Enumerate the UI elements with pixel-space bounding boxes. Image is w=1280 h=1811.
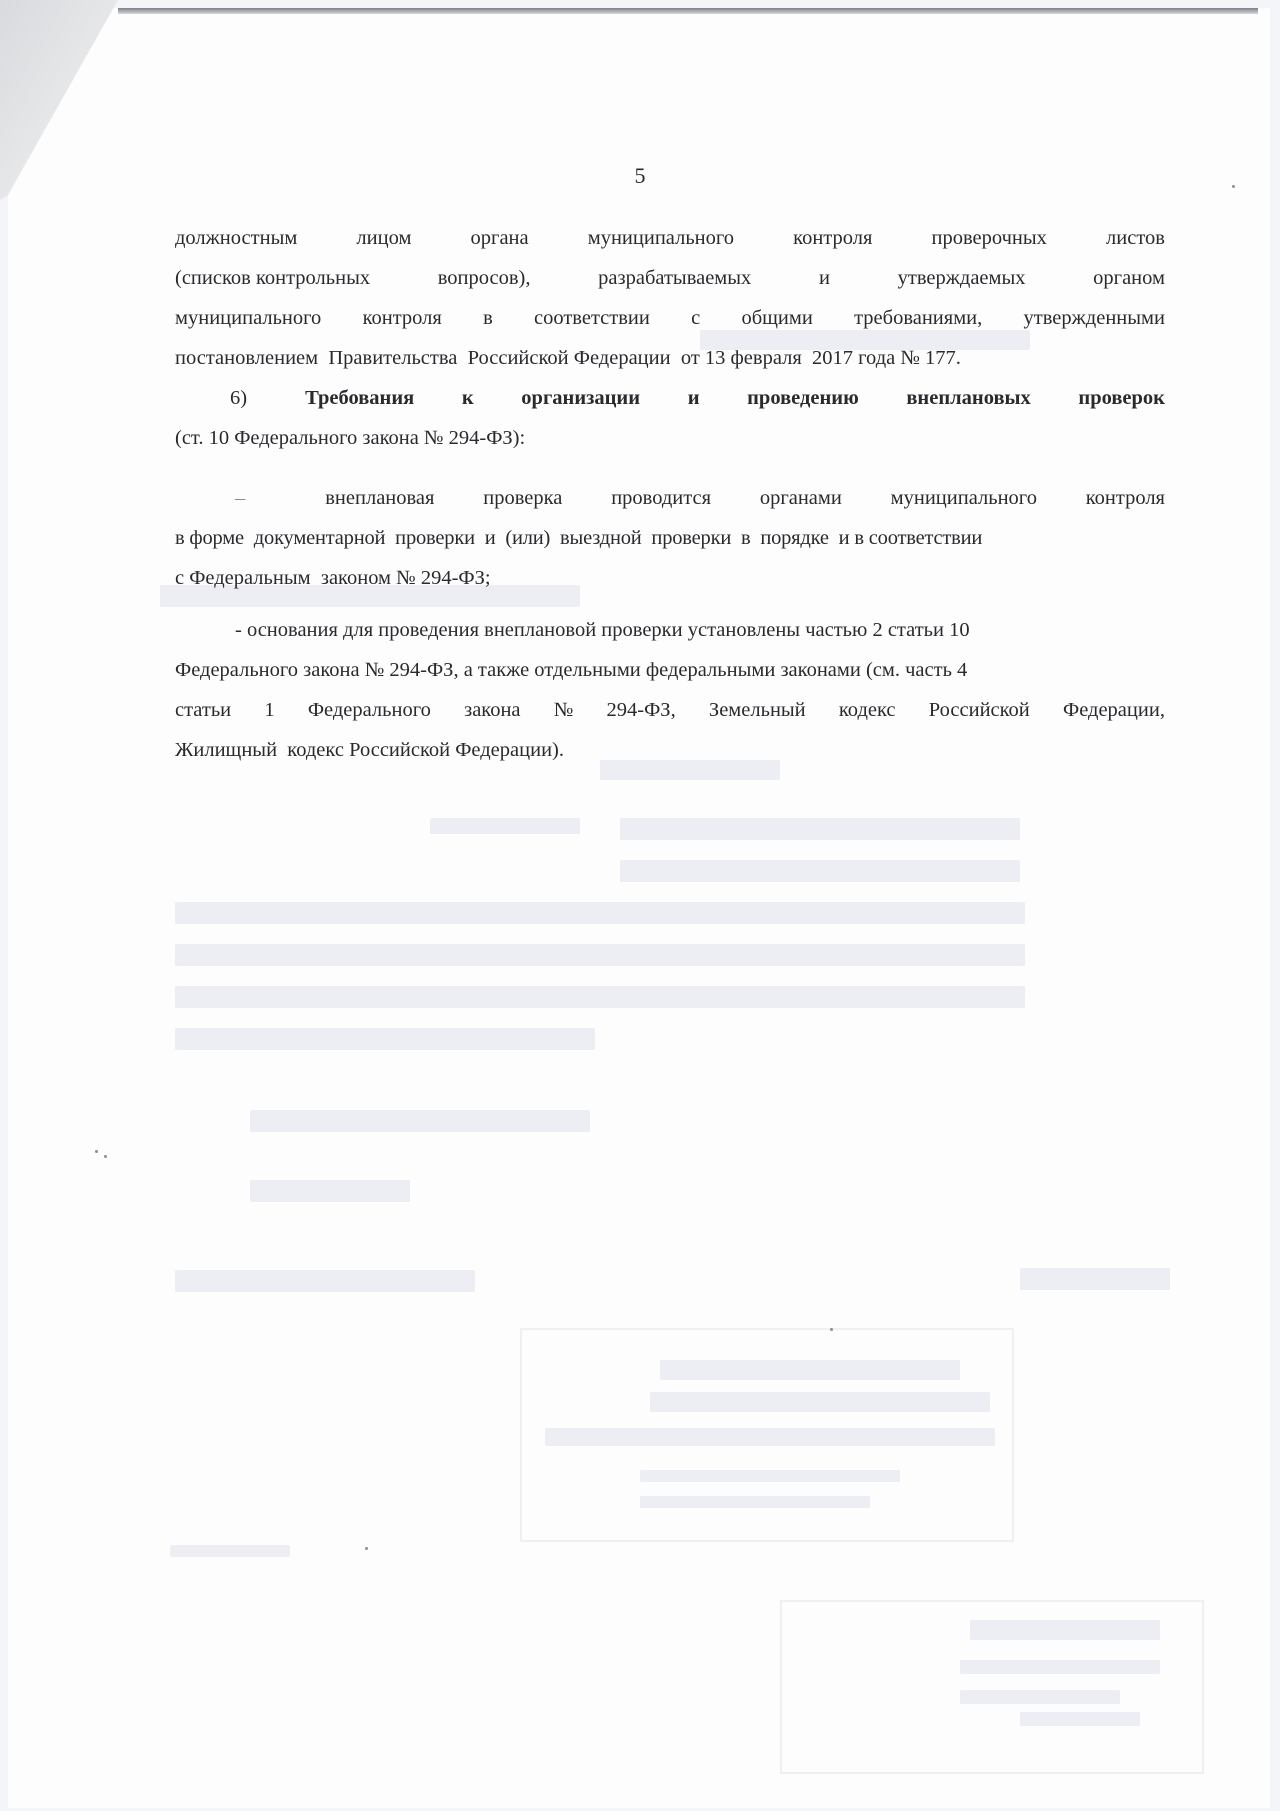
word: должностным xyxy=(175,218,297,258)
heading-word: к xyxy=(462,378,474,418)
word: проверка xyxy=(483,478,562,518)
heading-word: проверок xyxy=(1078,378,1165,418)
page-number: 5 xyxy=(0,163,1280,189)
text-line: - основания для проведения внеплановой п… xyxy=(175,610,1165,650)
text-line: муниципального контроля в соответствии с… xyxy=(175,298,1165,338)
bullet-unplanned-inspection: – внеплановая проверка проводится органа… xyxy=(175,478,1165,598)
heading-word: внеплановых xyxy=(906,378,1030,418)
heading-word: организации xyxy=(521,378,640,418)
word: в xyxy=(483,298,493,338)
word: (списков контрольных xyxy=(175,258,370,298)
word: лицом xyxy=(356,218,411,258)
word: внеплановая xyxy=(325,478,434,518)
text-line: – внеплановая проверка проводится органа… xyxy=(175,478,1165,518)
section-6: 6) Требования к организации и проведению… xyxy=(175,378,1165,458)
word: с xyxy=(691,298,700,338)
word: статьи xyxy=(175,690,231,730)
text-line: Жилищный кодекс Российской Федерации). xyxy=(175,730,1165,770)
heading-word: проведению xyxy=(747,378,859,418)
section-number: 6) xyxy=(175,378,247,418)
section-heading: 6) Требования к организации и проведению… xyxy=(175,378,1165,418)
word: утверждаемых xyxy=(898,258,1026,298)
word: Федерации, xyxy=(1063,690,1165,730)
word: Федерального xyxy=(308,690,431,730)
word: муниципального xyxy=(891,478,1037,518)
word: 294-ФЗ, xyxy=(607,690,676,730)
text-line: должностным лицом органа муниципального … xyxy=(175,218,1165,258)
word: разрабатываемых xyxy=(598,258,751,298)
heading-word: и xyxy=(688,378,700,418)
text-line: статьи 1 Федерального закона № 294-ФЗ, З… xyxy=(175,690,1165,730)
word: контроля xyxy=(793,218,872,258)
word: соответствии xyxy=(534,298,650,338)
word: утвержденными xyxy=(1024,298,1165,338)
word: проводится xyxy=(611,478,711,518)
line-text: Жилищный кодекс Российской Федерации). xyxy=(175,730,564,770)
page-top-edge-shadow xyxy=(118,8,1258,14)
text-line: в форме документарной проверки и (или) в… xyxy=(175,518,1165,558)
word: закона xyxy=(464,690,520,730)
word: и xyxy=(819,258,830,298)
word: Земельный xyxy=(709,690,806,730)
line-text: с Федеральным законом № 294-ФЗ; xyxy=(175,558,491,598)
text-line: (ст. 10 Федерального закона № 294-ФЗ): xyxy=(175,418,1165,458)
bullet-grounds-for-inspection: - основания для проведения внеплановой п… xyxy=(175,610,1165,770)
word: кодекс xyxy=(839,690,896,730)
word: органа xyxy=(471,218,529,258)
line-text: постановлением Правительства Российской … xyxy=(175,338,961,378)
line-text: - основания для проведения внеплановой п… xyxy=(175,610,970,650)
word: контроля xyxy=(1086,478,1165,518)
line-text: Федерального закона № 294-ФЗ, а также от… xyxy=(175,650,967,690)
heading-word: Требования xyxy=(305,378,414,418)
word: органом xyxy=(1093,258,1165,298)
word: муниципального xyxy=(588,218,734,258)
word: общими xyxy=(741,298,812,338)
text-line: Федерального закона № 294-ФЗ, а также от… xyxy=(175,650,1165,690)
word: органами xyxy=(760,478,842,518)
word: вопросов), xyxy=(438,258,531,298)
word: проверочных xyxy=(932,218,1047,258)
heading-continuation: (ст. 10 Федерального закона № 294-ФЗ): xyxy=(175,418,525,458)
word: 1 xyxy=(264,690,274,730)
paragraph-checklists: должностным лицом органа муниципального … xyxy=(175,218,1165,378)
line-text: в форме документарной проверки и (или) в… xyxy=(175,518,982,558)
word: требованиями, xyxy=(854,298,982,338)
word: контроля xyxy=(363,298,442,338)
word: листов xyxy=(1106,218,1165,258)
text-line: с Федеральным законом № 294-ФЗ; xyxy=(175,558,1165,598)
text-line: постановлением Правительства Российской … xyxy=(175,338,1165,378)
word: Российской xyxy=(929,690,1030,730)
word: № xyxy=(554,690,574,730)
word: муниципального xyxy=(175,298,321,338)
text-line: (списков контрольных вопросов), разрабат… xyxy=(175,258,1165,298)
dash-marker: – xyxy=(175,478,245,518)
